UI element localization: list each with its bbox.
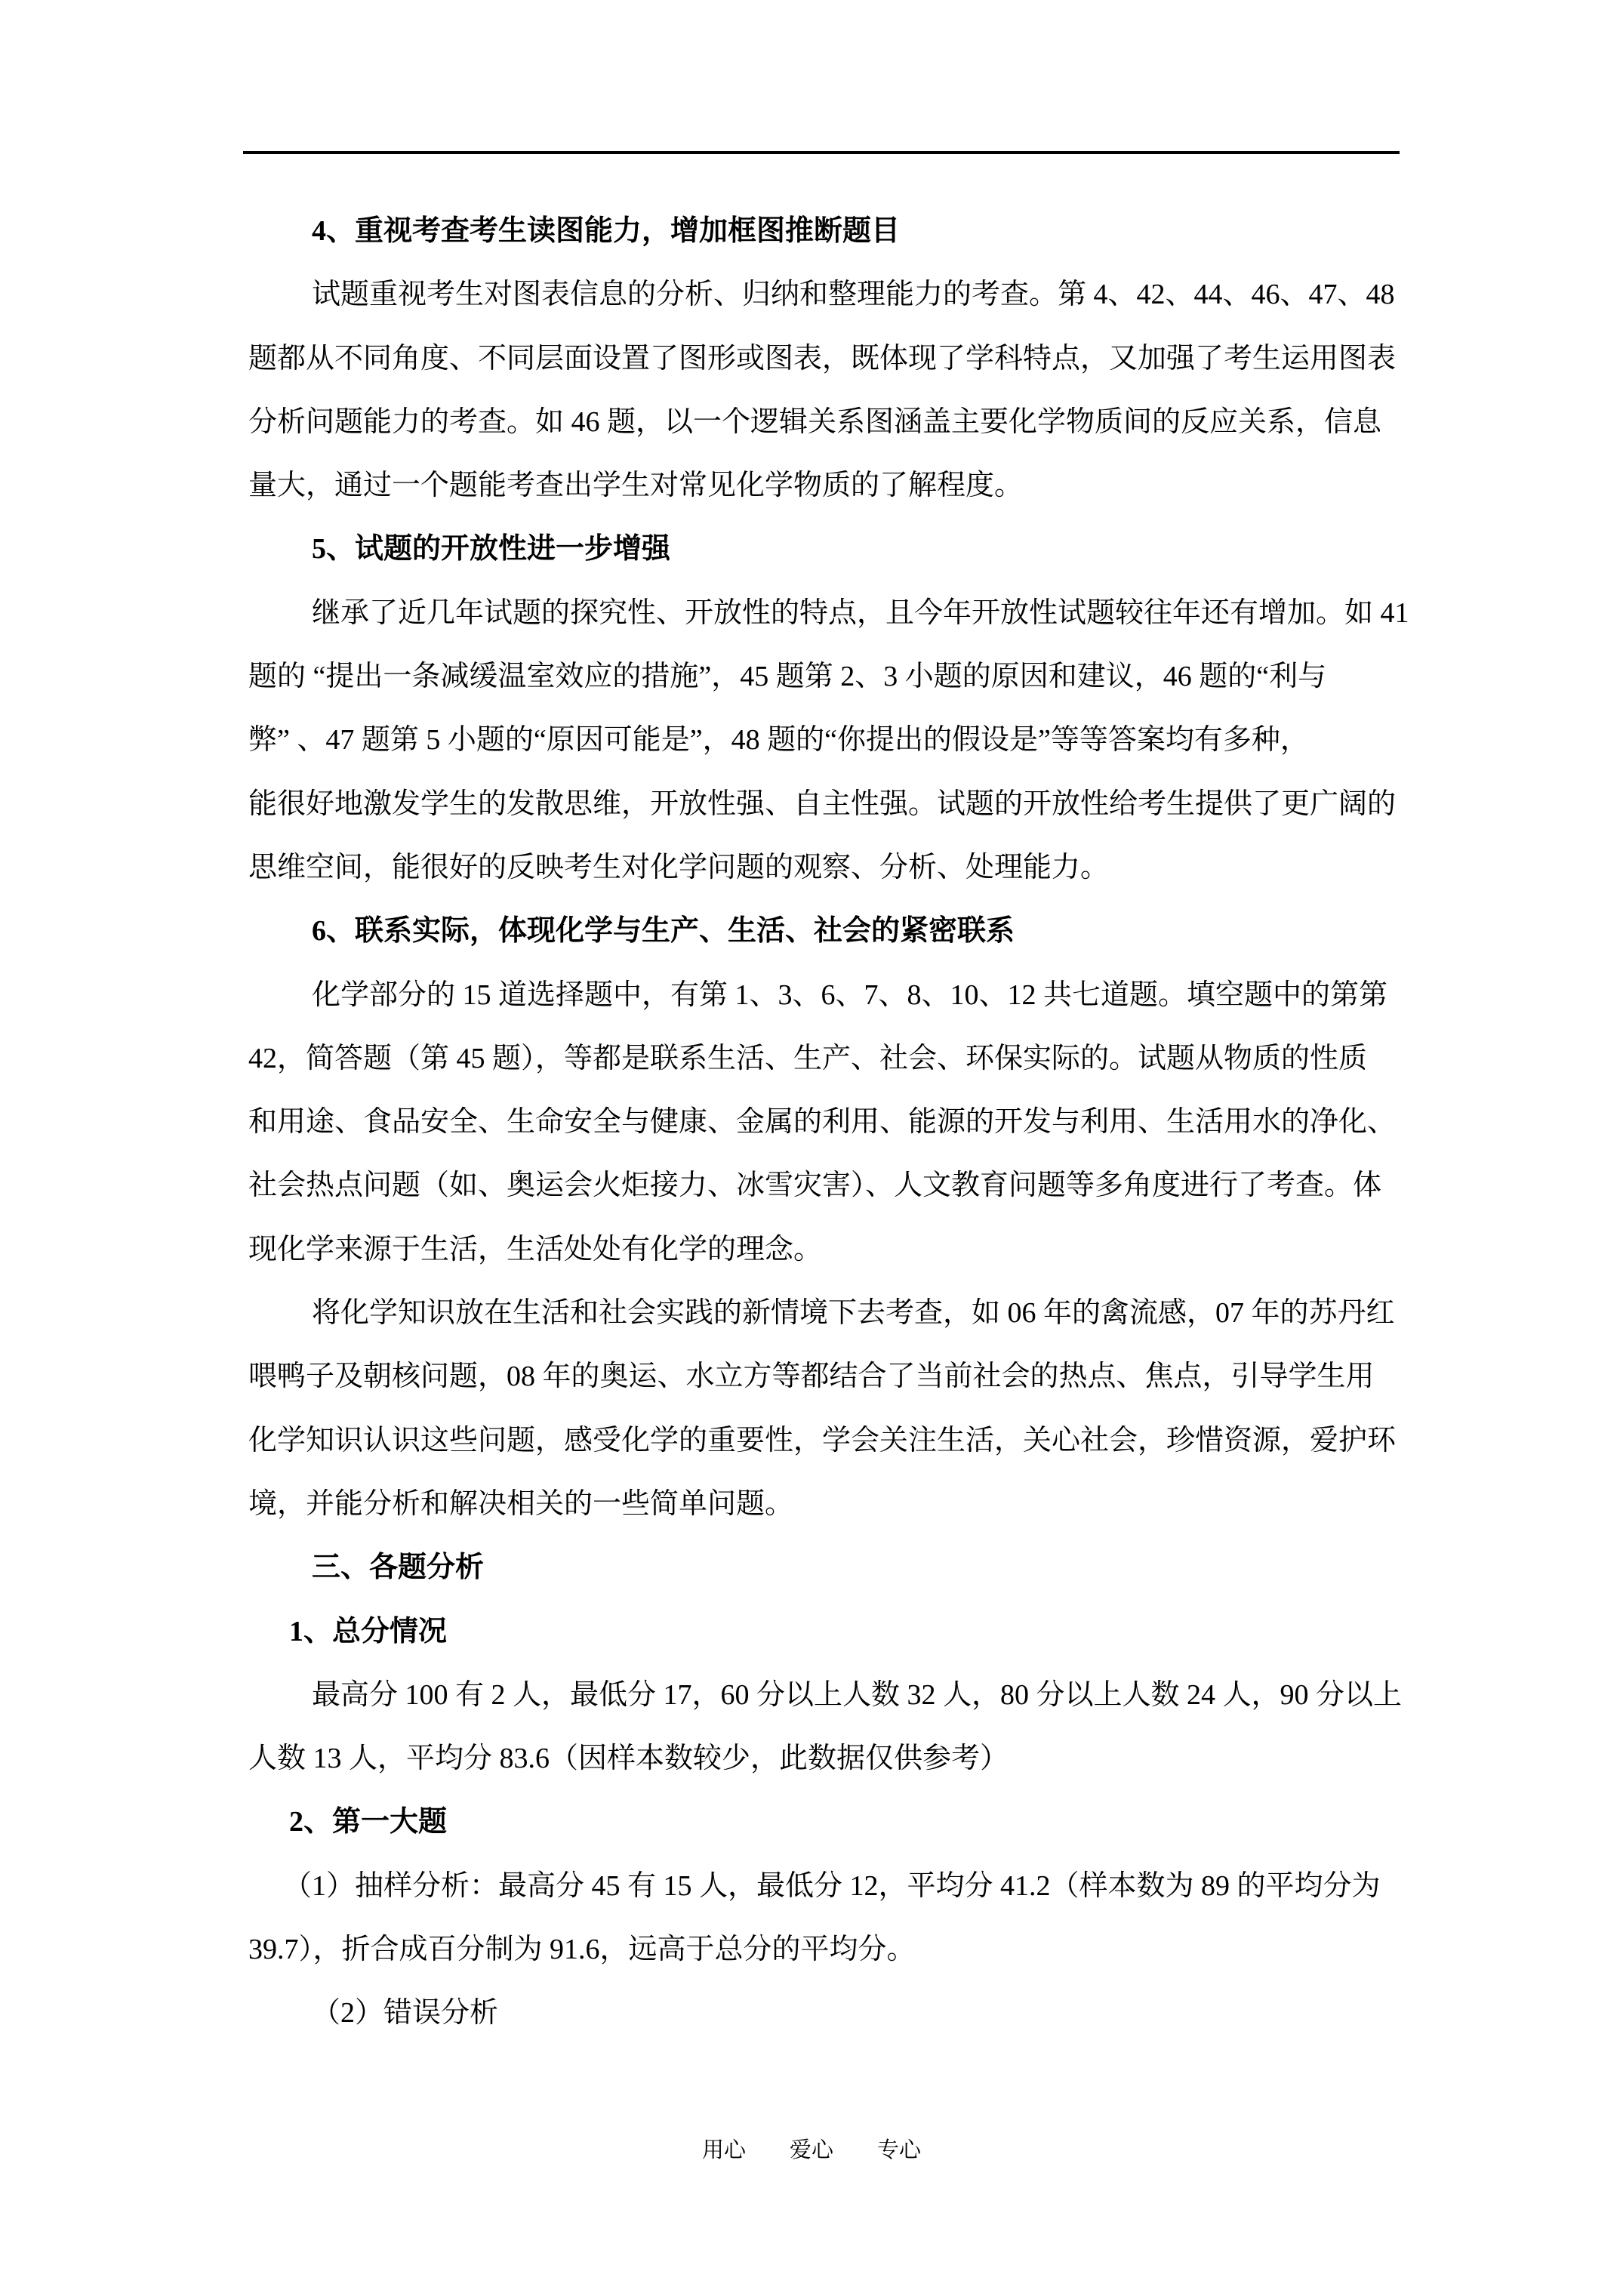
text-line: 和用途、食品安全、生命安全与健康、金属的利用、能源的开发与利用、生活用水的净化、	[248, 1090, 1398, 1154]
text-line: 化学知识认识这些问题，感受化学的重要性，学会关注生活，关心社会，珍惜资源，爱护环	[248, 1409, 1398, 1472]
footer-word: 爱心	[790, 2128, 833, 2173]
text-line: 将化学知识放在生活和社会实践的新情境下去考查，如 06 年的禽流感，07 年的苏…	[248, 1281, 1398, 1345]
footer-word: 专心	[877, 2128, 921, 2173]
section-heading: 三、各题分析	[248, 1536, 1398, 1599]
section-heading: 4、重视考查考生读图能力，增加框图推断题目	[248, 199, 1398, 263]
text-line: 能很好地激发学生的发散思维，开放性强、自主性强。试题的开放性给考生提供了更广阔的	[248, 772, 1398, 836]
text-line: 思维空间，能很好的反映考生对化学问题的观察、分析、处理能力。	[248, 836, 1398, 899]
text-line: 喂鸭子及朝核问题，08 年的奥运、水立方等都结合了当前社会的热点、焦点，引导学生…	[248, 1345, 1398, 1408]
section-heading: 1、总分情况	[248, 1600, 1398, 1663]
text-line: 题的 “提出一条减缓温室效应的措施”，45 题第 2、3 小题的原因和建议，46…	[248, 645, 1398, 708]
text-line: 人数 13 人，平均分 83.6（因样本数较少，此数据仅供参考）	[248, 1727, 1398, 1790]
text-line: 现化学来源于生活，生活处处有化学的理念。	[248, 1218, 1398, 1281]
text-line: 境，并能分析和解决相关的一些简单问题。	[248, 1472, 1398, 1536]
text-line: 最高分 100 有 2 人，最低分 17，60 分以上人数 32 人，80 分以…	[248, 1663, 1398, 1727]
text-line: （1）抽样分析：最高分 45 有 15 人，最低分 12，平均分 41.2（样本…	[248, 1854, 1398, 1918]
document-page: { "page": { "background": "#ffffff", "te…	[0, 0, 1623, 2296]
text-line: （2）错误分析	[248, 1981, 1398, 2045]
footer-word: 用心	[702, 2128, 746, 2173]
page-footer: 用心 爱心 专心	[0, 2128, 1623, 2173]
section-heading: 6、联系实际，体现化学与生产、生活、社会的紧密联系	[248, 899, 1398, 963]
text-line: 量大，通过一个题能考查出学生对常见化学物质的了解程度。	[248, 454, 1398, 517]
text-line: 题都从不同角度、不同层面设置了图形或图表，既体现了学科特点，又加强了考生运用图表	[248, 327, 1398, 390]
document-body: 4、重视考查考生读图能力，增加框图推断题目 试题重视考生对图表信息的分析、归纳和…	[248, 199, 1398, 2045]
text-line: 39.7），折合成百分制为 91.6，远高于总分的平均分。	[248, 1918, 1398, 1981]
text-line: 弊” 、47 题第 5 小题的“原因可能是”，48 题的“你提出的假设是”等等答…	[248, 708, 1398, 772]
text-line: 42，简答题（第 45 题），等都是联系生活、生产、社会、环保实际的。试题从物质…	[248, 1027, 1398, 1090]
section-heading: 2、第一大题	[248, 1790, 1398, 1854]
text-line: 化学部分的 15 道选择题中，有第 1、3、6、7、8、10、12 共七道题。填…	[248, 963, 1398, 1027]
header-rule	[243, 151, 1400, 154]
section-heading: 5、试题的开放性进一步增强	[248, 517, 1398, 581]
text-line: 试题重视考生对图表信息的分析、归纳和整理能力的考查。第 4、42、44、46、4…	[248, 263, 1398, 326]
text-line: 分析问题能力的考查。如 46 题，以一个逻辑关系图涵盖主要化学物质间的反应关系，…	[248, 390, 1398, 454]
text-line: 继承了近几年试题的探究性、开放性的特点，且今年开放性试题较往年还有增加。如 41	[248, 581, 1398, 645]
text-line: 社会热点问题（如、奥运会火炬接力、冰雪灾害）、人文教育问题等多角度进行了考查。体	[248, 1154, 1398, 1217]
